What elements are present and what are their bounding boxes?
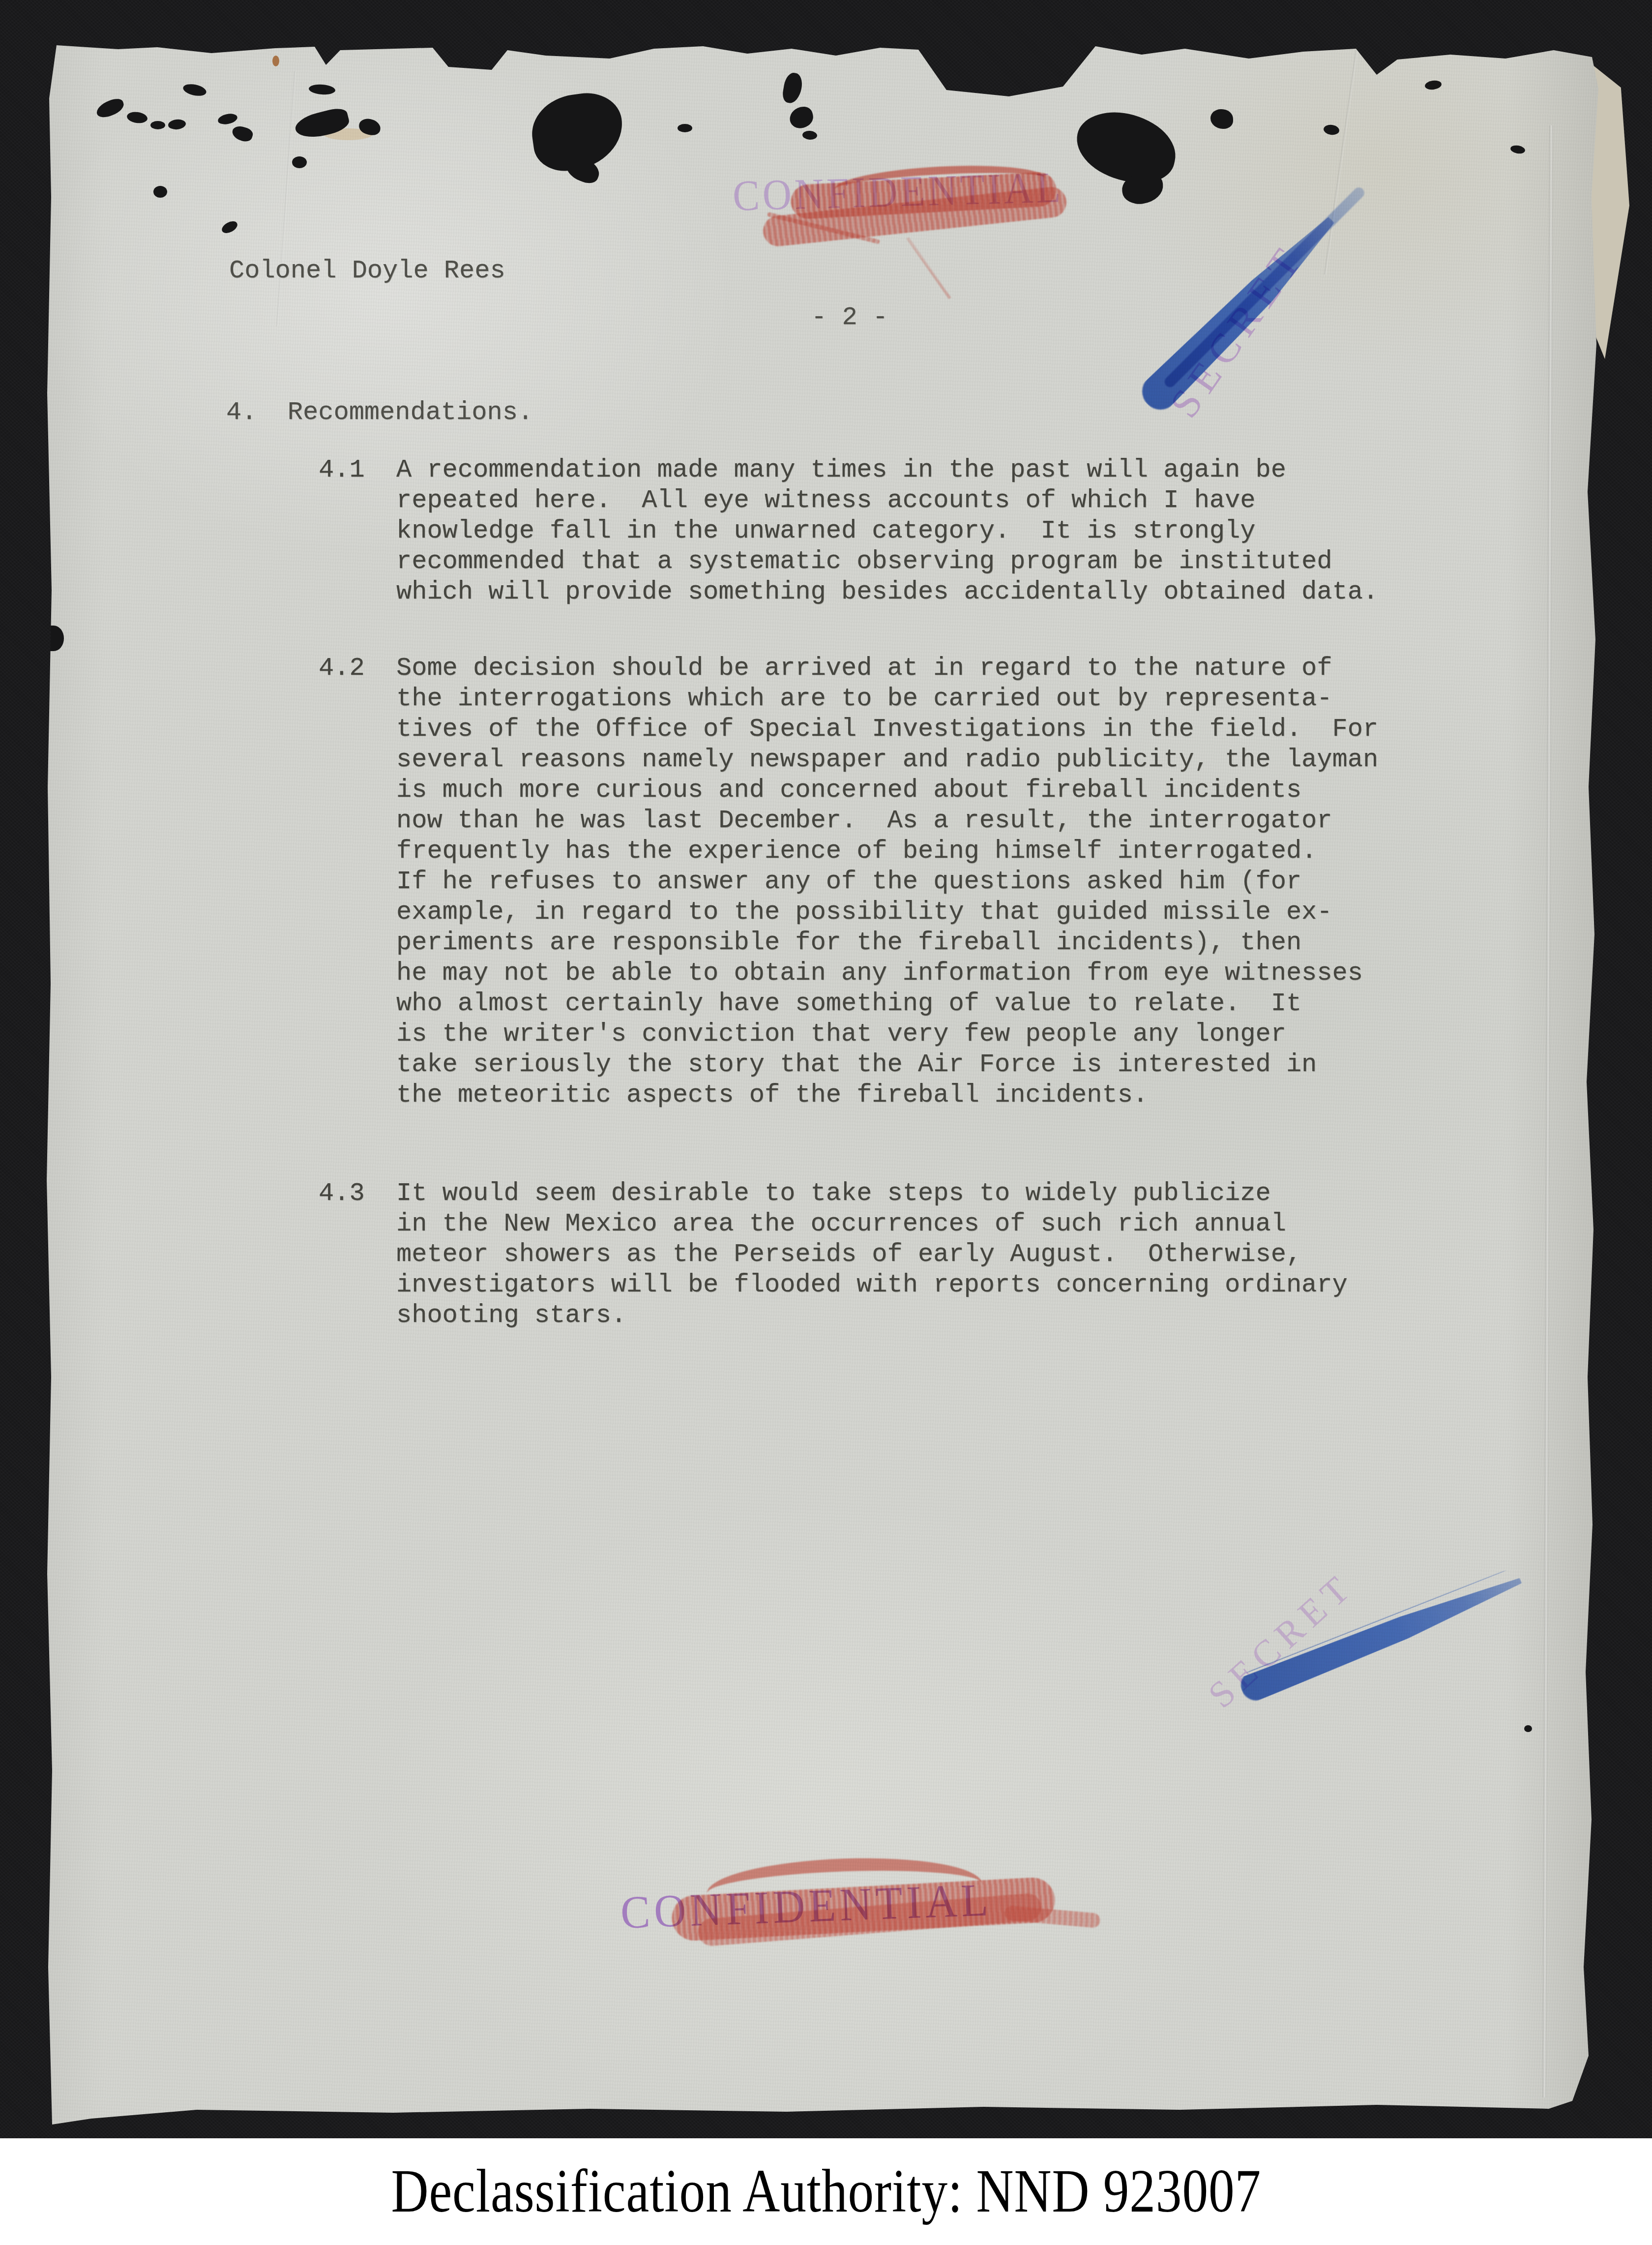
secret-stamp-middle-right: SECRET <box>1200 1564 1363 1717</box>
typewriter-line: knowledge fall in the unwarned category.… <box>396 516 1378 546</box>
torn-hole <box>94 96 126 120</box>
torn-hole <box>781 71 804 104</box>
typewriter-line: now than he was last December. As a resu… <box>396 806 1378 836</box>
typewriter-line: which will provide something besides acc… <box>396 577 1378 607</box>
typewriter-line: A recommendation made many times in the … <box>396 455 1378 485</box>
document-page: Colonel Doyle Rees - 2 - 4. Recommendati… <box>42 42 1600 2131</box>
torn-hole <box>308 84 335 95</box>
typewriter-line: he may not be able to obtain any informa… <box>396 958 1378 988</box>
typewriter-line: shooting stars. <box>396 1300 1348 1331</box>
typewriter-line: recommended that a systematic observing … <box>396 546 1378 577</box>
torn-hole <box>292 156 307 168</box>
paragraph-number: 4.2 <box>319 653 365 684</box>
paragraph-body: It would seem desirable to take steps to… <box>396 1178 1348 1331</box>
fold-crease <box>1542 125 1553 2097</box>
typewriter-line: meteor showers as the Perseids of early … <box>396 1239 1348 1270</box>
paragraph-body: Some decision should be arrived at in re… <box>396 653 1378 1110</box>
typewriter-line: frequently has the experience of being h… <box>396 836 1378 867</box>
torn-hole <box>678 124 692 132</box>
torn-hole <box>802 130 817 140</box>
typewriter-line: is much more curious and concerned about… <box>396 775 1378 806</box>
torn-hole <box>217 112 238 126</box>
typewriter-line: the interrogations which are to be carri… <box>396 684 1378 714</box>
torn-hole <box>182 82 207 97</box>
torn-hole-large <box>1070 104 1182 190</box>
typewriter-line: It would seem desirable to take steps to… <box>396 1178 1348 1209</box>
torn-hole <box>231 124 255 144</box>
typewriter-line: periments are responsible for the fireba… <box>396 928 1378 958</box>
typewriter-line: example, in regard to the possibility th… <box>396 897 1378 928</box>
paragraph-body: A recommendation made many times in the … <box>396 455 1378 607</box>
typewriter-line: the meteoritic aspects of the fireball i… <box>396 1080 1378 1110</box>
typewriter-line: who almost certainly have something of v… <box>396 988 1378 1019</box>
typewriter-line: several reasons namely newspaper and rad… <box>396 745 1378 775</box>
confidential-stamp-bottom: CONFIDENTIAL <box>619 1873 993 1939</box>
fold-crease <box>1324 46 1358 275</box>
torn-edge-nick <box>43 626 64 651</box>
typewriter-line: repeated here. All eye witness accounts … <box>396 485 1378 516</box>
declassification-banner: Declassification Authority: NND 923007 <box>0 2138 1652 2245</box>
fold-crease <box>276 71 296 327</box>
scan-backdrop: Colonel Doyle Rees - 2 - 4. Recommendati… <box>0 0 1652 2245</box>
confidential-stamp-top: CONFIDENTIAL <box>732 162 1064 221</box>
paragraph-number: 4.1 <box>319 455 365 485</box>
torn-hole <box>220 219 239 236</box>
torn-hole <box>153 186 167 198</box>
typewriter-line: in the New Mexico area the occurrences o… <box>396 1209 1348 1239</box>
torn-hole <box>358 117 382 136</box>
torn-hole <box>126 111 148 124</box>
secret-stamp-top-right: SECRET <box>1160 235 1315 426</box>
torn-hole <box>293 106 351 142</box>
page-number: - 2 - <box>811 302 888 333</box>
typewriter-line: is the writer's conviction that very few… <box>396 1019 1378 1049</box>
typewriter-line: tives of the Office of Special Investiga… <box>396 714 1378 745</box>
typewriter-line: Some decision should be arrived at in re… <box>396 653 1378 684</box>
paragraph-number: 4.3 <box>319 1178 365 1209</box>
typewriter-line: take seriously the story that the Air Fo… <box>396 1049 1378 1080</box>
rust-stain <box>272 56 279 66</box>
torn-hole <box>1424 80 1442 91</box>
addressee: Colonel Doyle Rees <box>229 256 505 286</box>
typewriter-line: If he refuses to answer any of the quest… <box>396 867 1378 897</box>
torn-hole <box>1323 124 1340 136</box>
torn-hole <box>1510 145 1526 155</box>
torn-hole <box>168 119 186 130</box>
torn-hole <box>788 105 816 130</box>
torn-hole <box>1210 109 1233 129</box>
speck <box>1524 1725 1532 1732</box>
declassification-text: Declassification Authority: NND 923007 <box>391 2156 1261 2227</box>
section-heading: 4. Recommendations. <box>226 397 533 428</box>
torn-hole <box>150 121 165 129</box>
typewriter-line: investigators will be flooded with repor… <box>396 1270 1348 1300</box>
